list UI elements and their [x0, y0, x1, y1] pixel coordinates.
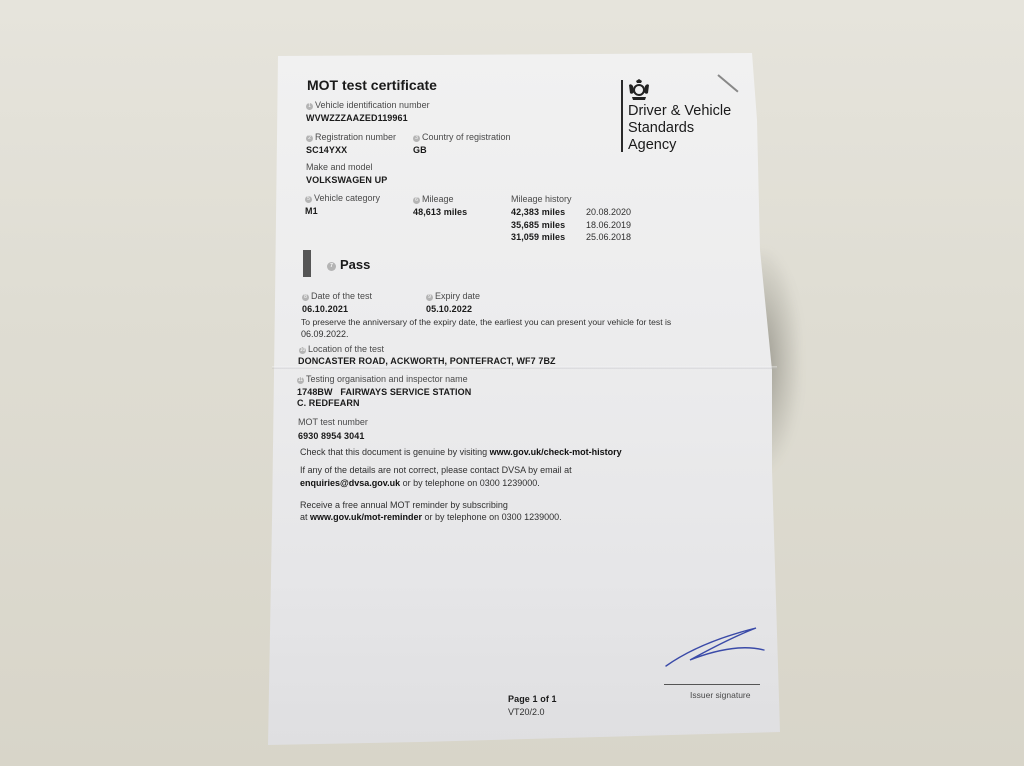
earliest-test-date: 06.09.2022.: [301, 329, 349, 339]
country-label: 3Country of registration: [413, 132, 511, 142]
category-value: M1: [305, 206, 318, 216]
reminder-notice-line-1: Receive a free annual MOT reminder by su…: [300, 500, 508, 510]
vin-label: 1Vehicle identification number: [306, 100, 430, 110]
page-number: Page 1 of 1: [508, 694, 557, 704]
category-label: 5Vehicle category: [305, 193, 380, 203]
location-label: 10Location of the test: [299, 344, 384, 354]
test-date-label-text: Date of the test: [311, 291, 372, 301]
field-marker-icon: 8: [302, 294, 309, 301]
expiry-date-label: 9Expiry date: [426, 291, 480, 301]
mot-reminder-link[interactable]: www.gov.uk/mot-reminder: [310, 512, 422, 522]
reminder-notice-line-2: at www.gov.uk/mot-reminder or by telepho…: [300, 512, 562, 522]
issuer-line-3: Agency: [628, 137, 731, 154]
organisation-label-text: Testing organisation and inspector name: [306, 374, 468, 384]
make-model-value: VOLKSWAGEN UP: [306, 175, 387, 185]
field-marker-icon: 10: [299, 347, 306, 354]
make-model-label: Make and model: [306, 162, 373, 172]
category-label-text: Vehicle category: [314, 193, 380, 203]
expiry-date-label-text: Expiry date: [435, 291, 480, 301]
check-mot-history-link[interactable]: www.gov.uk/check-mot-history: [490, 447, 622, 457]
genuine-check-text: Check that this document is genuine by v…: [300, 447, 490, 457]
issuer-line-2: Standards: [628, 120, 731, 137]
test-date-label: 8Date of the test: [302, 291, 372, 301]
registration-label-text: Registration number: [315, 132, 396, 142]
anniversary-note: To preserve the anniversary of the expir…: [301, 317, 671, 327]
contact-notice-line-2: enquiries@dvsa.gov.uk or by telephone on…: [300, 478, 540, 488]
field-marker-icon: 7: [327, 262, 336, 271]
test-date-value: 06.10.2021: [302, 304, 348, 314]
signature-line: [664, 684, 760, 685]
organisation-label: 11Testing organisation and inspector nam…: [297, 374, 468, 384]
registration-value: SC14YXX: [306, 145, 347, 155]
field-marker-icon: 9: [426, 294, 433, 301]
organisation-value: 1748BW FAIRWAYS SERVICE STATION: [297, 387, 471, 397]
mileage-history-date-3: 25.06.2018: [586, 232, 631, 242]
contact-phone-text: or by telephone on 0300 1239000.: [400, 478, 540, 488]
field-marker-icon: 2: [306, 135, 313, 142]
expiry-date-value: 05.10.2022: [426, 304, 472, 314]
royal-coat-of-arms-icon: [627, 79, 651, 101]
vin-label-text: Vehicle identification number: [315, 100, 430, 110]
issuer-name: Driver & Vehicle Standards Agency: [628, 103, 731, 154]
location-label-text: Location of the test: [308, 344, 384, 354]
registration-label: 2Registration number: [306, 132, 396, 142]
contact-notice-line-1: If any of the details are not correct, p…: [300, 465, 572, 475]
field-marker-icon: 1: [306, 103, 313, 110]
mileage-history-miles-2: 35,685 miles: [511, 220, 565, 230]
field-marker-icon: 5: [305, 196, 312, 203]
vin-value: WVWZZZAAZED119961: [306, 113, 408, 123]
genuine-check-notice: Check that this document is genuine by v…: [300, 447, 622, 457]
location-value: DONCASTER ROAD, ACKWORTH, PONTEFRACT, WF…: [298, 356, 556, 366]
field-marker-icon: 6: [413, 197, 420, 204]
test-result: 7Pass: [327, 257, 370, 272]
dvsa-email-link[interactable]: enquiries@dvsa.gov.uk: [300, 478, 400, 488]
mileage-label: 6Mileage: [413, 194, 454, 204]
mileage-history-label: Mileage history: [511, 194, 572, 204]
field-marker-icon: 11: [297, 377, 304, 384]
mileage-history-miles-1: 42,383 miles: [511, 207, 565, 217]
reminder-prefix: at: [300, 512, 310, 522]
paper-fold: [272, 366, 777, 369]
document-title: MOT test certificate: [307, 77, 437, 93]
mileage-label-text: Mileage: [422, 194, 454, 204]
signature-label: Issuer signature: [690, 690, 750, 700]
mot-certificate-paper: [0, 0, 1024, 766]
test-number-value: 6930 8954 3041: [298, 431, 364, 441]
issuer-line-1: Driver & Vehicle: [628, 103, 731, 120]
result-bar: [303, 250, 311, 277]
test-number-label: MOT test number: [298, 417, 368, 427]
form-code: VT20/2.0: [508, 707, 545, 717]
mileage-history-date-2: 18.06.2019: [586, 220, 631, 230]
country-label-text: Country of registration: [422, 132, 511, 142]
issuer-signature: [660, 620, 770, 670]
logo-divider: [621, 80, 623, 152]
test-result-text: Pass: [340, 257, 370, 272]
reminder-phone-text: or by telephone on 0300 1239000.: [422, 512, 562, 522]
mileage-history-date-1: 20.08.2020: [586, 207, 631, 217]
mileage-value: 48,613 miles: [413, 207, 467, 217]
country-value: GB: [413, 145, 427, 155]
field-marker-icon: 3: [413, 135, 420, 142]
inspector-name: C. REDFEARN: [297, 398, 360, 408]
mileage-history-miles-3: 31,059 miles: [511, 232, 565, 242]
